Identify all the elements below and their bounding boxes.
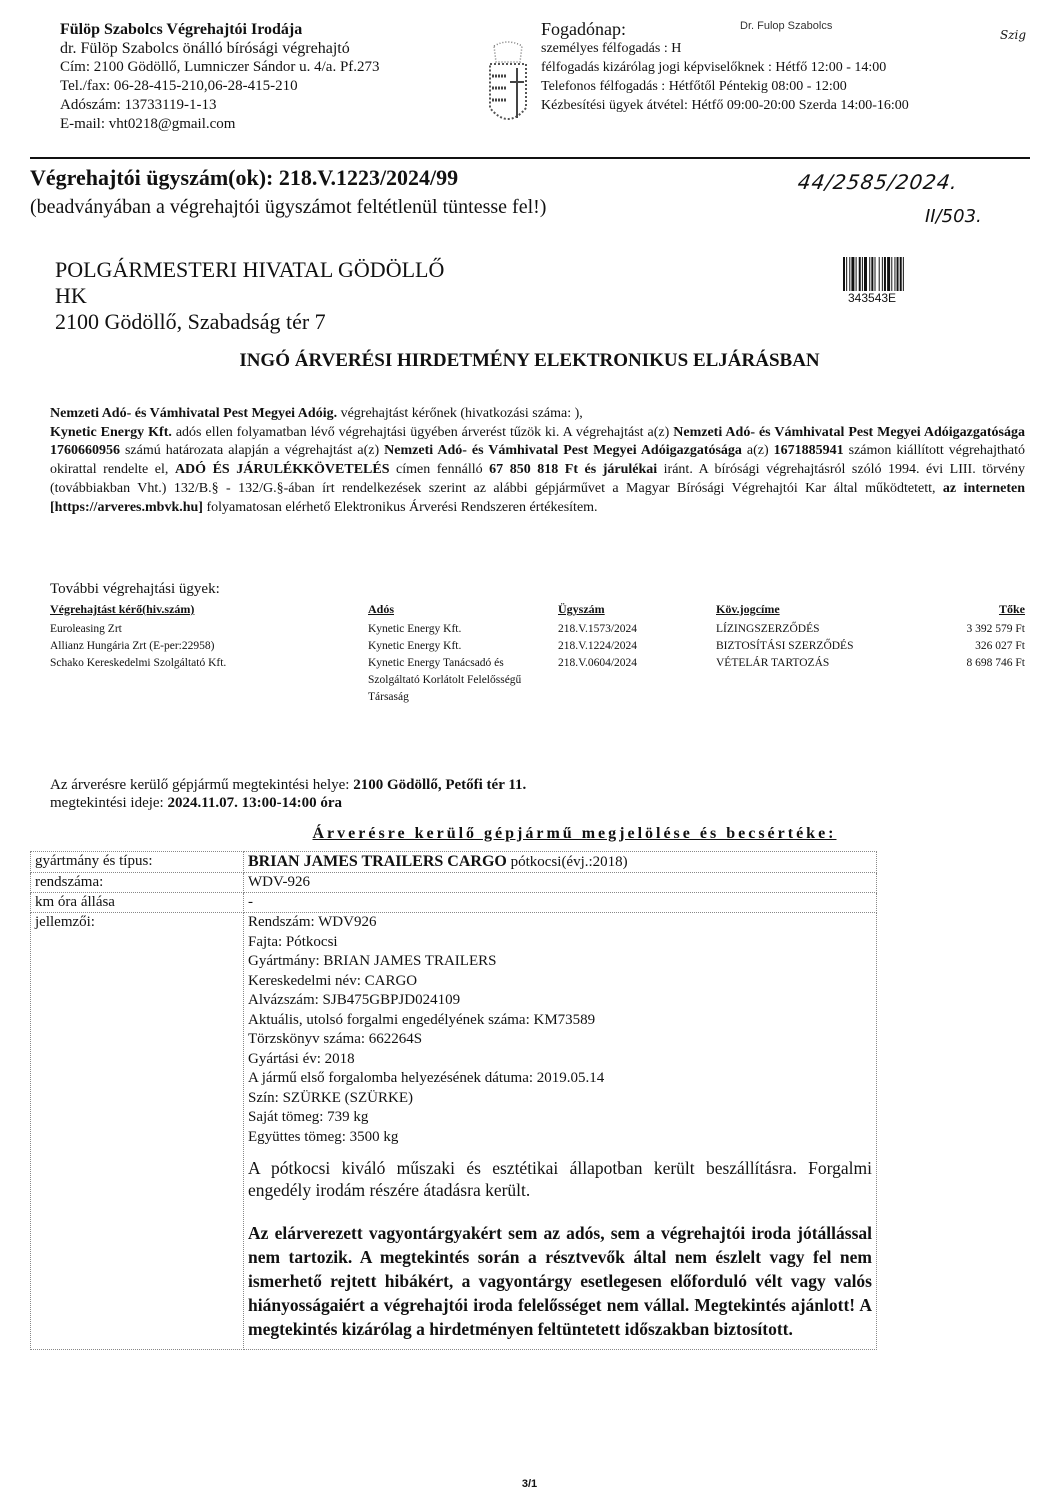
- column-header: Adós: [368, 602, 558, 621]
- liability-disclaimer: Az elárverezett vagyontárgyakért sem az …: [248, 1221, 872, 1341]
- column-header: Köv.jogcíme: [716, 602, 906, 621]
- vehicle-detail-line: Gyártási év: 2018: [248, 1050, 872, 1070]
- table-row: km óra állása -: [31, 893, 877, 913]
- case-number-cell: 218.V.1573/2024: [558, 621, 716, 638]
- office-email: E-mail: vht0218@gmail.com: [60, 115, 380, 134]
- row-value: -: [244, 893, 877, 913]
- column-header: Tőke: [906, 602, 1025, 621]
- table-row: jellemzői: Rendszám: WDV926Fajta: Pótkoc…: [31, 913, 877, 1350]
- claim-title-cell: LÍZINGSZERZŐDÉS: [716, 621, 906, 638]
- case-number-note: (beadványában a végrehajtói ügyszámot fe…: [30, 196, 546, 219]
- case-number-cell: 218.V.1224/2024: [558, 638, 716, 655]
- claim-amount: 67 850 818 Ft és járulékai: [489, 462, 657, 477]
- amount-cell: 8 698 746 Ft: [906, 655, 1025, 706]
- column-header: Végrehajtást kérő(hiv.szám): [50, 602, 368, 621]
- more-cases-table: Végrehajtást kérő(hiv.szám) Adós Ügyszám…: [50, 602, 1025, 706]
- recipient-address: POLGÁRMESTERI HIVATAL GÖDÖLLŐ HK 2100 Gö…: [55, 257, 444, 335]
- vehicle-detail-line: Alvázszám: SJB475GBPJD024109: [248, 991, 872, 1011]
- body-text: adós ellen folyamatban lévő végrehajtási…: [172, 425, 673, 440]
- table-row: rendszáma: WDV-926: [31, 873, 877, 893]
- body-text: címen fennálló: [390, 462, 490, 477]
- vehicle-detail-line: Kereskedelmi név: CARGO: [248, 972, 872, 992]
- claim-title-cell: BIZTOSÍTÁSI SZERZŐDÉS: [716, 638, 906, 655]
- signature: Szig: [1000, 28, 1026, 42]
- body-text: a(z): [742, 443, 774, 458]
- vehicle-condition: A pótkocsi kiváló műszaki és esztétikai …: [248, 1157, 872, 1201]
- recipient-street: 2100 Gödöllő, Szabadság tér 7: [55, 309, 444, 335]
- row-label: jellemzői:: [31, 913, 244, 1350]
- reception-line: félfogadás kizárólag jogi képviselőknek …: [541, 58, 909, 77]
- vehicle-section-title: Árverésre kerülő gépjármű megjelölése és…: [0, 825, 1059, 843]
- recipient-name: POLGÁRMESTERI HIVATAL GÖDÖLLŐ: [55, 257, 444, 283]
- creditor-cell: Euroleasing Zrt: [50, 621, 368, 638]
- vehicle-detail-line: Rendszám: WDV926: [248, 913, 872, 933]
- office-phone: Tel./fax: 06-28-415-210,06-28-415-210: [60, 77, 380, 96]
- row-value: WDV-926: [244, 873, 877, 893]
- recipient-line2: HK: [55, 283, 444, 309]
- more-cases-title: További végrehajtási ügyek:: [50, 581, 220, 598]
- handwritten-reference: 44/2585/2024.: [796, 170, 959, 194]
- reception-line: személyes félfogadás : H: [541, 39, 909, 58]
- case-number: Végrehajtói ügyszám(ok): 218.V.1223/2024…: [30, 165, 458, 191]
- debtor-name: Kynetic Energy Kft.: [50, 425, 172, 440]
- body-text: végrehajtást kérőnek (hivatkozási száma:…: [337, 406, 583, 421]
- table-row: Euroleasing ZrtKynetic Energy Kft.218.V.…: [50, 621, 1025, 638]
- claim-title: ADÓ ÉS JÁRULÉKKÖVETELÉS: [175, 462, 390, 477]
- vehicle-type: pótkocsi(évj.:2018): [507, 854, 628, 870]
- document-number: 1671885941: [774, 443, 844, 458]
- table-row: gyártmány és típus: BRIAN JAMES TRAILERS…: [31, 852, 877, 873]
- vehicle-detail-line: A jármű első forgalomba helyezésének dát…: [248, 1069, 872, 1089]
- vehicle-detail-line: Együttes tömeg: 3500 kg: [248, 1128, 872, 1148]
- page-number: 3/1: [0, 1478, 1059, 1490]
- debtor-cell: Kynetic Energy Kft.: [368, 621, 558, 638]
- creditor-cell: Schako Kereskedelmi Szolgáltató Kft.: [50, 655, 368, 706]
- inspection-place: 2100 Gödöllő, Petőfi tér 11.: [353, 777, 526, 793]
- reception-line: Kézbesítési ügyek átvétel: Hétfő 09:00-2…: [541, 96, 909, 115]
- body-text: számú határozata alapján a végrehajtást …: [120, 443, 384, 458]
- column-header: Ügyszám: [558, 602, 716, 621]
- reception-title: Fogadónap:: [541, 20, 909, 39]
- handwritten-reference-2: II/503.: [925, 206, 982, 227]
- table-row: Allianz Hungária Zrt (E-per:22958)Kyneti…: [50, 638, 1025, 655]
- debtor-cell: Kynetic Energy Kft.: [368, 638, 558, 655]
- vehicle-detail-line: Fajta: Pótkocsi: [248, 933, 872, 953]
- vehicle-detail-line: Törzskönyv száma: 662264S: [248, 1030, 872, 1050]
- claim-title-cell: VÉTELÁR TARTOZÁS: [716, 655, 906, 706]
- creditor-name: Nemzeti Adó- és Vámhivatal Pest Megyei A…: [50, 406, 337, 421]
- table-row: Schako Kereskedelmi Szolgáltató Kft.Kyne…: [50, 655, 1025, 706]
- vehicle-detail-line: Aktuális, utolsó forgalmi engedélyének s…: [248, 1011, 872, 1031]
- barcode-number: 343543E: [848, 291, 896, 305]
- office-address: Cím: 2100 Gödöllő, Lumniczer Sándor u. 4…: [60, 58, 380, 77]
- amount-cell: 326 027 Ft: [906, 638, 1025, 655]
- reception-line: Telefonos félfogadás : Hétfőtől Péntekig…: [541, 77, 909, 96]
- row-value: BRIAN JAMES TRAILERS CARGO pótkocsi(évj.…: [244, 852, 877, 873]
- debtor-cell: Kynetic Energy Tanácsadó és Szolgáltató …: [368, 655, 558, 706]
- inspection-info: Az árverésre kerülő gépjármű megtekintés…: [50, 777, 526, 812]
- amount-cell: 3 392 579 Ft: [906, 621, 1025, 638]
- officer-name: dr. Fülöp Szabolcs önálló bírósági végre…: [60, 39, 380, 58]
- row-label: km óra állása: [31, 893, 244, 913]
- auction-notice-body: Nemzeti Adó- és Vámhivatal Pest Megyei A…: [50, 405, 1025, 517]
- reception-hours: Fogadónap: személyes félfogadás : H félf…: [541, 20, 909, 115]
- inspection-place-label: Az árverésre kerülő gépjármű megtekintés…: [50, 777, 353, 793]
- hungarian-coat-of-arms-icon: [484, 38, 532, 134]
- office-tax-number: Adószám: 13733119-1-13: [60, 96, 380, 115]
- vehicle-details: Rendszám: WDV926Fajta: PótkocsiGyártmány…: [244, 913, 877, 1350]
- document-title: INGÓ ÁRVERÉSI HIRDETMÉNY ELEKTRONIKUS EL…: [0, 350, 1059, 372]
- vehicle-make-model: BRIAN JAMES TRAILERS CARGO: [248, 853, 507, 870]
- row-label: rendszáma:: [31, 873, 244, 893]
- body-text: folyamatosan elérhető Elektronikus Árver…: [203, 500, 598, 515]
- office-header: Fülöp Szabolcs Végrehajtói Irodája dr. F…: [60, 20, 380, 134]
- inspection-time-label: megtekintési ideje:: [50, 795, 167, 811]
- row-label: gyártmány és típus:: [31, 852, 244, 873]
- header-divider: [30, 157, 1030, 159]
- signer-stamp: Dr. Fulop Szabolcs: [740, 20, 832, 32]
- vehicle-detail-line: Szín: SZÜRKE (SZÜRKE): [248, 1089, 872, 1109]
- vehicle-table: gyártmány és típus: BRIAN JAMES TRAILERS…: [30, 851, 877, 1350]
- barcode-icon: [843, 257, 943, 291]
- vehicle-detail-line: Saját tömeg: 739 kg: [248, 1108, 872, 1128]
- inspection-time: 2024.11.07. 13:00-14:00 óra: [167, 795, 342, 811]
- case-number-cell: 218.V.0604/2024: [558, 655, 716, 706]
- ordering-authority: Nemzeti Adó- és Vámhivatal Pest Megyei A…: [384, 443, 742, 458]
- vehicle-detail-line: Gyártmány: BRIAN JAMES TRAILERS: [248, 952, 872, 972]
- office-name: Fülöp Szabolcs Végrehajtói Irodája: [60, 20, 380, 39]
- creditor-cell: Allianz Hungária Zrt (E-per:22958): [50, 638, 368, 655]
